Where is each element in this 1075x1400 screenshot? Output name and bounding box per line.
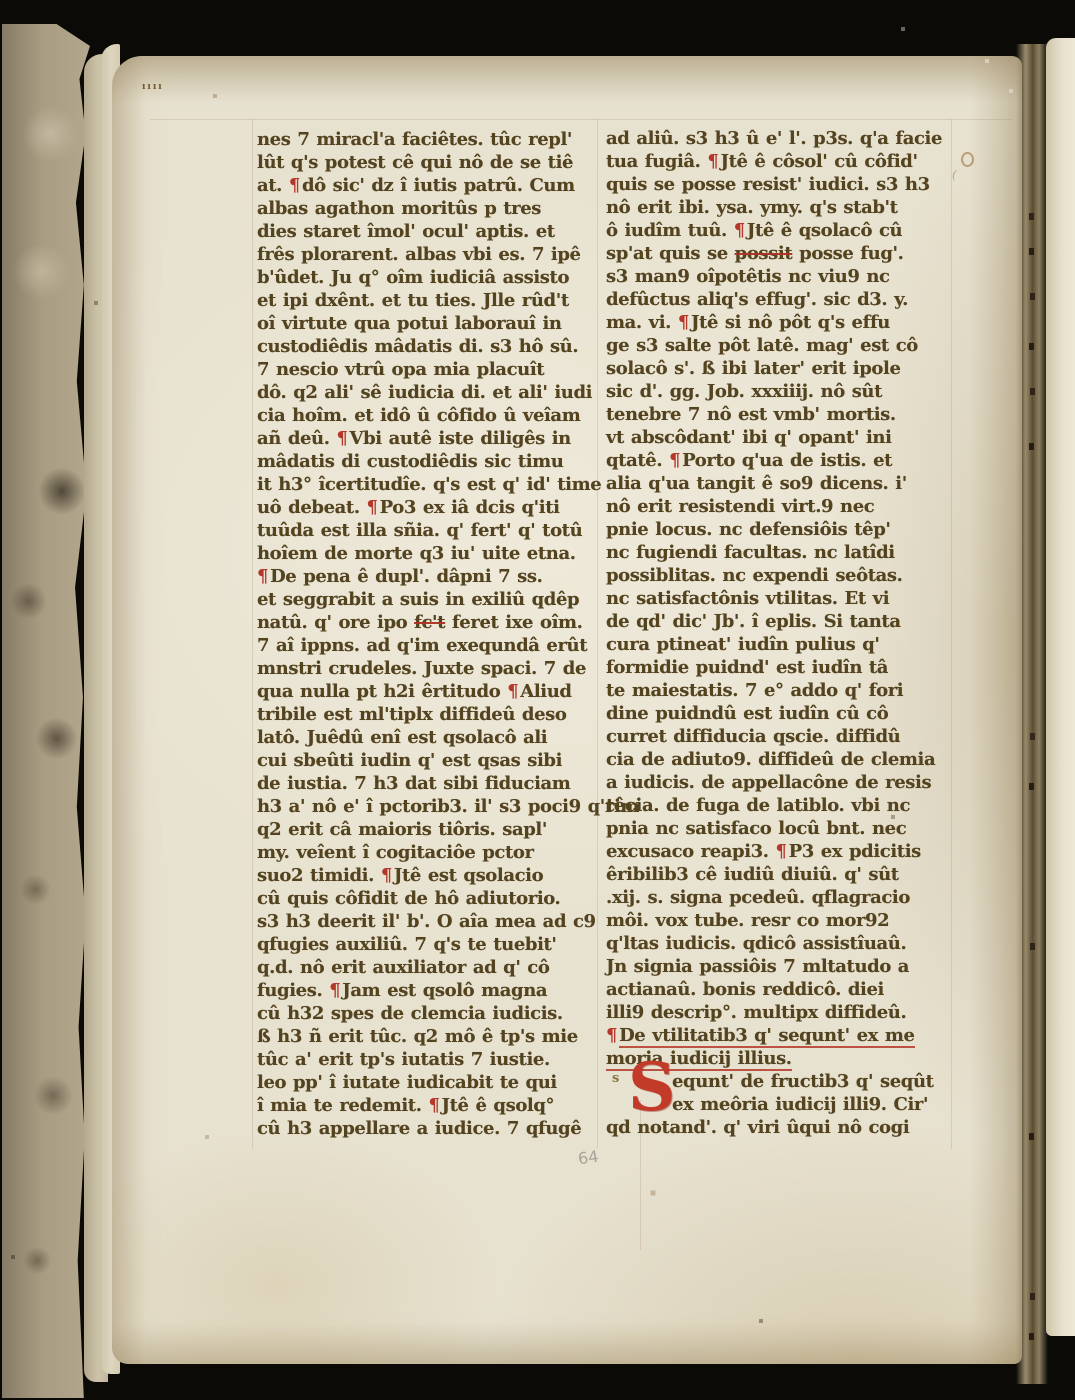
manuscript-scan: ıııı 64 ( nes 7 miracl'a faciêtes. tûc r…: [0, 0, 1075, 1400]
text-line: illi9 descrip°. multipx diffideû.: [606, 1001, 952, 1024]
text-line: qfugies auxiliû. 7 q's te tuebit': [257, 933, 595, 956]
rubric-line: ¶De vtilitatib3 q' sequnt' ex me: [606, 1024, 952, 1047]
text-line: nô erit resistendi virt.9 nec: [606, 495, 952, 518]
text-line: tenebre 7 nô est vmb' mortis.: [606, 403, 952, 426]
text-column-left: nes 7 miracl'a faciêtes. tûc repl'lût q'…: [257, 128, 595, 1140]
initial-letter-s: S: [628, 1061, 680, 1119]
text-line: dô. q2 ali' sê iudicia di. et ali' iudi: [257, 381, 595, 404]
text-line: custodiêdis mâdatis di. s3 hô sû.: [257, 335, 595, 358]
text-line: leo pp' î iutate iudicabit te qui: [257, 1071, 595, 1094]
text-line: tuûda est illa sñia. q' fert' q' totû: [257, 519, 595, 542]
text-line: dine puidndû est iudîn cû cô: [606, 702, 952, 725]
text-line: añ deû. ¶Vbi autê iste diligês in: [257, 427, 595, 450]
ruling-line: [597, 119, 598, 1149]
text-line: môi. vox tube. resr co mor92: [606, 909, 952, 932]
capitulum-mark: ¶: [257, 566, 268, 587]
text-line: 7 nescio vtrû opa mia placuît: [257, 358, 595, 381]
text-line: albas agathon moritûs p tres: [257, 197, 595, 220]
text-column-right: S s ad aliû. s3 h3 û e' l'. p3s. q'a fac…: [606, 127, 952, 1139]
text-line: fugies. ¶Jam est qsolô magna: [257, 979, 595, 1002]
text-line: oî virtute qua potui laborauî in: [257, 312, 595, 335]
text-line: et seggrabit a suis in exiliû qdêp: [257, 588, 595, 611]
dust-specks: [0, 0, 2, 2]
text-line: ô iudîm tuû. ¶Jtê ê qsolacô cû: [606, 219, 952, 242]
text-line: defûctus aliq's effug'. sic d3. y.: [606, 288, 952, 311]
text-line: êribilib3 cê iudiû diuiû. q' sût: [606, 863, 952, 886]
text-line: latô. Juêdû enî est qsolacô ali: [257, 726, 595, 749]
text-line: tua fugiâ. ¶Jtê ê côsol' cû côfid': [606, 150, 952, 173]
red-strikethrough-word: fc't: [414, 612, 445, 633]
text-line: q'ltas iudicis. qdicô assistîuaû.: [606, 932, 952, 955]
capitulum-mark: ¶: [707, 151, 718, 172]
text-line: pnie locus. nc defensiôis têp': [606, 518, 952, 541]
text-line: cû h3 appellare a iudice. 7 qfugê: [257, 1117, 595, 1140]
text-line: ge s3 salte pôt latê. mag' est cô: [606, 334, 952, 357]
text-line: natû. q' ore ipo fc't feret ixe oîm.: [257, 611, 595, 634]
text-line: ma. vi. ¶Jtê si nô pôt q's effu: [606, 311, 952, 334]
text-line: ß h3 ñ erit tûc. q2 mô ê tp's mie: [257, 1025, 595, 1048]
text-line: solacô s'. ß ibi later' erit ipole: [606, 357, 952, 380]
text-line: nes 7 miracl'a faciêtes. tûc repl': [257, 128, 595, 151]
binding-stitches: [1030, 44, 1033, 49]
capitulum-mark: ¶: [329, 980, 340, 1001]
text-line: nô erit ibi. ysa. ymy. q's stab't: [606, 196, 952, 219]
text-line: suo2 timidi. ¶Jtê est qsolacio: [257, 864, 595, 887]
text-line: b'ûdet. Ju q° oîm iudiciâ assisto: [257, 266, 595, 289]
quire-mark: ıııı: [142, 82, 164, 92]
text-line: têcia. de fuga de latiblo. vbi nc: [606, 794, 952, 817]
text-line: formidie puidnd' est iudîn tâ: [606, 656, 952, 679]
initial-guide-letter: s: [612, 1071, 619, 1086]
text-line: cû quis côfidit de hô adiutorio.: [257, 887, 595, 910]
text-line: frês plorarent. albas vbi es. 7 ipê: [257, 243, 595, 266]
text-line: hoîem de morte q3 iu' uite etna.: [257, 542, 595, 565]
ruling-line: [252, 119, 253, 1149]
text-line: ad aliû. s3 h3 û e' l'. p3s. q'a facie: [606, 127, 952, 150]
capitulum-mark: ¶: [289, 175, 300, 196]
text-line: qua nulla pt h2i êrtitudo ¶Aliud: [257, 680, 595, 703]
text-line: sp'at quis se possit posse fug'.: [606, 242, 952, 265]
capitulum-mark: ¶: [606, 1025, 617, 1046]
text-line: cia de adiuto9. diffideû de clemia: [606, 748, 952, 771]
text-line: it h3° îcertitudîe. q's est q' id' time: [257, 473, 595, 496]
text-line: de iustia. 7 h3 dat sibi fiduciam: [257, 772, 595, 795]
text-line: uô debeat. ¶Po3 ex iâ dcis q'iti: [257, 496, 595, 519]
text-line: h3 a' nô e' î pctorib3. il' s3 poci9 q'r…: [257, 795, 595, 818]
text-line: te maiestatis. 7 e° addo q' fori: [606, 679, 952, 702]
capitulum-mark: ¶: [776, 841, 787, 862]
text-line: 7 aî ippns. ad q'im exequndâ erût: [257, 634, 595, 657]
capitulum-mark: ¶: [678, 312, 689, 333]
text-line: .xij. s. signa pcedeû. qflagracio: [606, 886, 952, 909]
capitulum-mark: ¶: [381, 865, 392, 886]
text-line: alia q'ua tangit ê so9 dicens. i': [606, 472, 952, 495]
text-line: q2 erit câ maioris tiôris. sapl': [257, 818, 595, 841]
capitulum-mark: ¶: [428, 1095, 439, 1116]
capitulum-mark: ¶: [336, 428, 347, 449]
capitulum-mark: ¶: [367, 497, 378, 518]
text-line: quis se posse resist' iudici. s3 h3: [606, 173, 952, 196]
text-line: curret diffiducia qscie. diffidû: [606, 725, 952, 748]
text-line: q.d. nô erit auxiliator ad q' cô: [257, 956, 595, 979]
text-line: Jn signia passiôis 7 mltatudo a: [606, 955, 952, 978]
text-line: s3 h3 deerit il' b'. O aîa mea ad c9: [257, 910, 595, 933]
text-line: qtatê. ¶Porto q'ua de istis. et: [606, 449, 952, 472]
text-line: s3 man9 oîpotêtis nc viu9 nc: [606, 265, 952, 288]
text-line: sic d'. gg. Job. xxxiiij. nô sût: [606, 380, 952, 403]
text-line: lût q's potest cê qui nô de se tiê: [257, 151, 595, 174]
margin-stain-ring: [961, 152, 974, 167]
text-line: nc satisfactônis vtilitas. Et vi: [606, 587, 952, 610]
text-line: cura ptineat' iudîn pulius q': [606, 633, 952, 656]
capitulum-mark: ¶: [507, 681, 518, 702]
text-line: et ipi dxênt. et tu ties. Jlle rûd't: [257, 289, 595, 312]
text-line: ¶De pena ê dupl'. dâpni 7 ss.: [257, 565, 595, 588]
capitulum-mark: ¶: [669, 450, 680, 471]
folio-number-pencil: 64: [577, 1147, 600, 1169]
facing-page-edge: [1046, 38, 1075, 1336]
text-line: a iudicis. de appellacône de resis: [606, 771, 952, 794]
text-line: de qd' dic' Jb'. î eplis. Si tanta: [606, 610, 952, 633]
text-line: cia hoîm. et idô û côfido û veîam: [257, 404, 595, 427]
red-strikethrough-word: possit: [735, 243, 793, 264]
text-line: cû h32 spes de clemcia iudicis.: [257, 1002, 595, 1025]
text-line: at. ¶dô sic' dz î iutis patrû. Cum: [257, 174, 595, 197]
text-line: tûc a' erit tp's iutatis 7 iustie.: [257, 1048, 595, 1071]
text-line: excusaco reapi3. ¶P3 ex pdicitis: [606, 840, 952, 863]
text-line: actianaû. bonis reddicô. diei: [606, 978, 952, 1001]
text-line: pnia nc satisfaco locû bnt. nec: [606, 817, 952, 840]
text-line: possiblitas. nc expendi seôtas.: [606, 564, 952, 587]
text-line: î mia te redemit. ¶Jtê ê qsolq°: [257, 1094, 595, 1117]
text-line: tribile est ml'tiplx diffideû deso: [257, 703, 595, 726]
text-line: dies staret îmol' ocul' aptis. et: [257, 220, 595, 243]
text-line: cui sbeûti iudin q' est qsas sibi: [257, 749, 595, 772]
text-line: mnstri crudeles. Juxte spaci. 7 de: [257, 657, 595, 680]
text-line: vt abscôdant' ibi q' opant' ini: [606, 426, 952, 449]
book-gutter: [1016, 44, 1048, 1384]
ruling-line: [150, 119, 1012, 120]
text-line: my. veîent î cogitaciôe pctor: [257, 841, 595, 864]
capitulum-mark: ¶: [734, 220, 745, 241]
binding-edge: [2, 24, 90, 1398]
text-line: nc fugiendi facultas. nc latîdi: [606, 541, 952, 564]
text-line: mâdatis di custodiêdis sic timu: [257, 450, 595, 473]
